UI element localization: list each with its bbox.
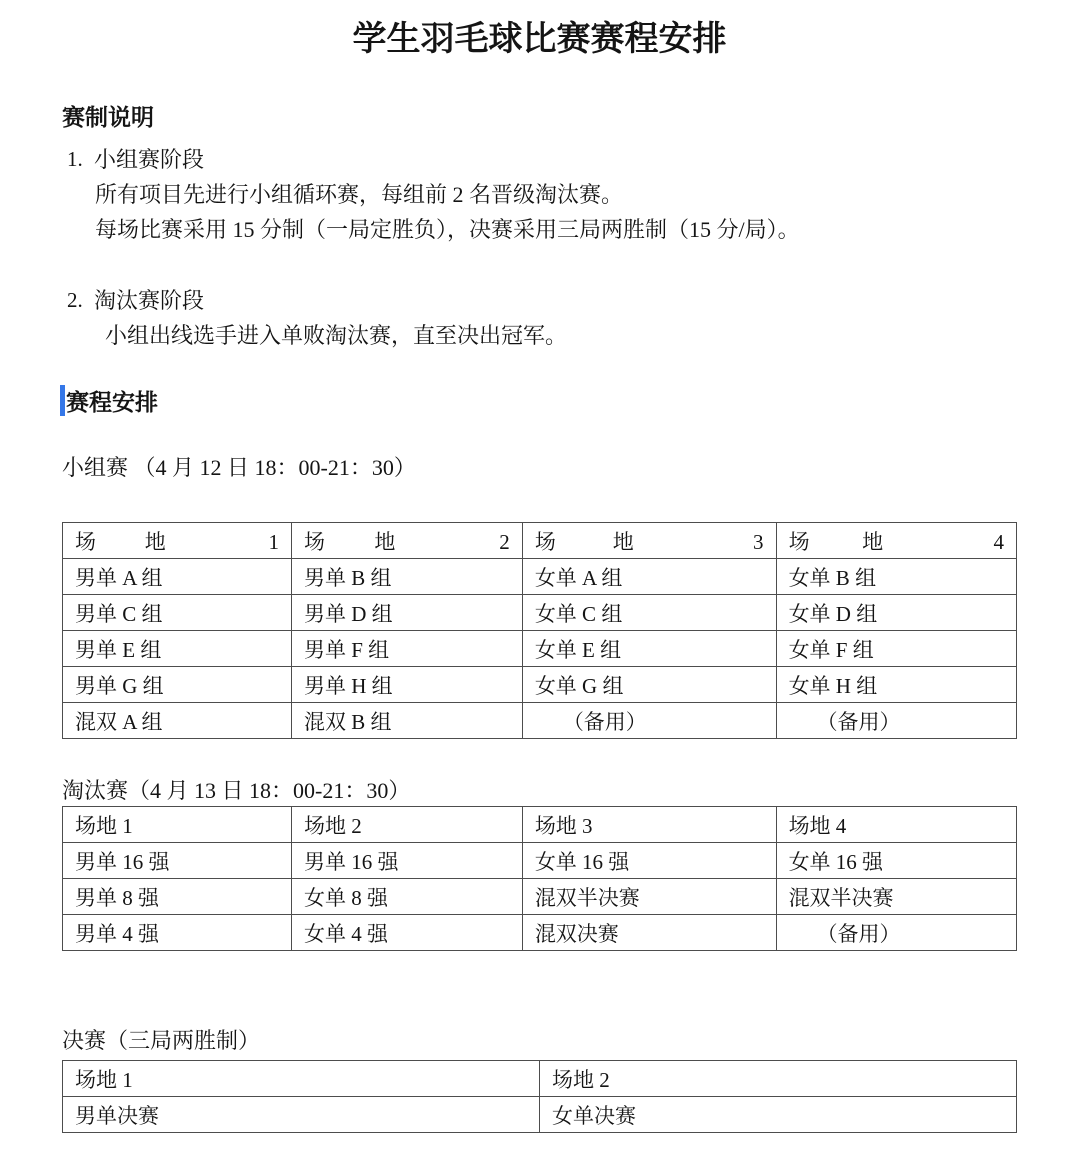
final-stage-caption: 决赛（三局两胜制） bbox=[62, 1026, 1017, 1056]
table-cell: 男单 B 组 bbox=[291, 559, 522, 595]
section-heading-format: 赛制说明 bbox=[62, 102, 1017, 132]
table-cell: 男单 G 组 bbox=[63, 667, 292, 703]
table-row: 男单 A 组男单 B 组女单 A 组女单 B 组 bbox=[63, 559, 1017, 595]
column-header: 场地 3 bbox=[522, 523, 776, 559]
text-cursor bbox=[60, 385, 65, 416]
list-item-knockout-stage: 2. 淘汰赛阶段 bbox=[62, 283, 1017, 318]
group-stage-caption: 小组赛 （4 月 12 日 18：00-21：30） bbox=[62, 450, 1017, 485]
table-cell: 男单 16 强 bbox=[291, 843, 522, 879]
table-cell: 男单 16 强 bbox=[63, 843, 292, 879]
column-header: 场地 2 bbox=[291, 807, 522, 843]
table-cell: 女单 C 组 bbox=[522, 595, 776, 631]
table-row: 男单 8 强女单 8 强混双半决赛混双半决赛 bbox=[63, 879, 1017, 915]
knockout-stage-table: 场地 1场地 2场地 3场地 4男单 16 强男单 16 强女单 16 强女单 … bbox=[62, 806, 1017, 951]
table-row: 男单 G 组男单 H 组女单 G 组女单 H 组 bbox=[63, 667, 1017, 703]
table-cell: 女单 G 组 bbox=[522, 667, 776, 703]
list-number: 2. bbox=[67, 283, 94, 318]
table-cell: 女单 F 组 bbox=[776, 631, 1016, 667]
table-cell: 女单 B 组 bbox=[776, 559, 1016, 595]
column-header: 场地 4 bbox=[776, 523, 1016, 559]
table-cell: 女单 8 强 bbox=[291, 879, 522, 915]
table-cell: 男单 A 组 bbox=[63, 559, 292, 595]
table-cell: 混双 B 组 bbox=[291, 703, 522, 739]
section-heading-schedule-label: 赛程安排 bbox=[66, 389, 158, 415]
table-header-row: 场地 1场地 2场地 3场地 4 bbox=[63, 807, 1017, 843]
table-header-row: 场地 1场地 2场地 3场地 4 bbox=[63, 523, 1017, 559]
table-header-row: 场地 1场地 2 bbox=[63, 1061, 1017, 1097]
table-cell: 女单决赛 bbox=[540, 1097, 1017, 1133]
table-cell: 女单 16 强 bbox=[522, 843, 776, 879]
table-cell: （备用） bbox=[522, 703, 776, 739]
column-header: 场地 1 bbox=[63, 1061, 540, 1097]
table-cell: （备用） bbox=[776, 703, 1016, 739]
paragraph-group-rule-2: 每场比赛采用 15 分制（一局定胜负），决赛采用三局两胜制（15 分/局）。 bbox=[62, 212, 1017, 247]
table-cell: 男单 H 组 bbox=[291, 667, 522, 703]
column-header: 场地 1 bbox=[63, 807, 292, 843]
table-cell: 女单 D 组 bbox=[776, 595, 1016, 631]
table-cell: 女单 16 强 bbox=[776, 843, 1016, 879]
column-header: 场地 3 bbox=[522, 807, 776, 843]
table-cell: 混双 A 组 bbox=[63, 703, 292, 739]
list-number: 1. bbox=[67, 142, 94, 177]
table-cell: 男单 F 组 bbox=[291, 631, 522, 667]
list-item-title: 淘汰赛阶段 bbox=[94, 283, 204, 318]
table-cell: 混双半决赛 bbox=[776, 879, 1016, 915]
table-cell: 男单 8 强 bbox=[63, 879, 292, 915]
table-row: 男单决赛女单决赛 bbox=[63, 1097, 1017, 1133]
list-item-title: 小组赛阶段 bbox=[94, 142, 204, 177]
table-cell: 女单 H 组 bbox=[776, 667, 1016, 703]
table-cell: 女单 A 组 bbox=[522, 559, 776, 595]
table-cell: 男单 C 组 bbox=[63, 595, 292, 631]
table-row: 混双 A 组混双 B 组（备用）（备用） bbox=[63, 703, 1017, 739]
table-cell: 混双半决赛 bbox=[522, 879, 776, 915]
table-cell: 男单 4 强 bbox=[63, 915, 292, 951]
list-item-group-stage: 1. 小组赛阶段 bbox=[62, 142, 1017, 177]
column-header: 场地 2 bbox=[540, 1061, 1017, 1097]
section-heading-schedule: 赛程安排 bbox=[62, 385, 1017, 417]
table-row: 男单 16 强男单 16 强女单 16 强女单 16 强 bbox=[63, 843, 1017, 879]
knockout-stage-caption: 淘汰赛（4 月 13 日 18：00-21：30） bbox=[62, 776, 1017, 806]
table-row: 男单 E 组男单 F 组女单 E 组女单 F 组 bbox=[63, 631, 1017, 667]
table-cell: 混双决赛 bbox=[522, 915, 776, 951]
group-stage-table: 场地 1场地 2场地 3场地 4男单 A 组男单 B 组女单 A 组女单 B 组… bbox=[62, 522, 1017, 739]
column-header: 场地 1 bbox=[63, 523, 292, 559]
table-cell: 女单 E 组 bbox=[522, 631, 776, 667]
table-cell: 女单 4 强 bbox=[291, 915, 522, 951]
paragraph-group-rule-1: 所有项目先进行小组循环赛，每组前 2 名晋级淘汰赛。 bbox=[62, 177, 1017, 212]
table-row: 男单 4 强女单 4 强混双决赛（备用） bbox=[63, 915, 1017, 951]
document-page[interactable]: 学生羽毛球比赛赛程安排 赛制说明 1. 小组赛阶段 所有项目先进行小组循环赛，每… bbox=[0, 0, 1080, 1156]
column-header: 场地 4 bbox=[776, 807, 1016, 843]
paragraph-knockout-rule: 小组出线选手进入单败淘汰赛，直至决出冠军。 bbox=[62, 318, 1017, 353]
document-title: 学生羽毛球比赛赛程安排 bbox=[62, 16, 1017, 62]
column-header: 场地 2 bbox=[291, 523, 522, 559]
table-cell: 男单决赛 bbox=[63, 1097, 540, 1133]
table-cell: （备用） bbox=[776, 915, 1016, 951]
table-cell: 男单 E 组 bbox=[63, 631, 292, 667]
table-row: 男单 C 组男单 D 组女单 C 组女单 D 组 bbox=[63, 595, 1017, 631]
final-stage-table: 场地 1场地 2男单决赛女单决赛 bbox=[62, 1060, 1017, 1133]
table-cell: 男单 D 组 bbox=[291, 595, 522, 631]
